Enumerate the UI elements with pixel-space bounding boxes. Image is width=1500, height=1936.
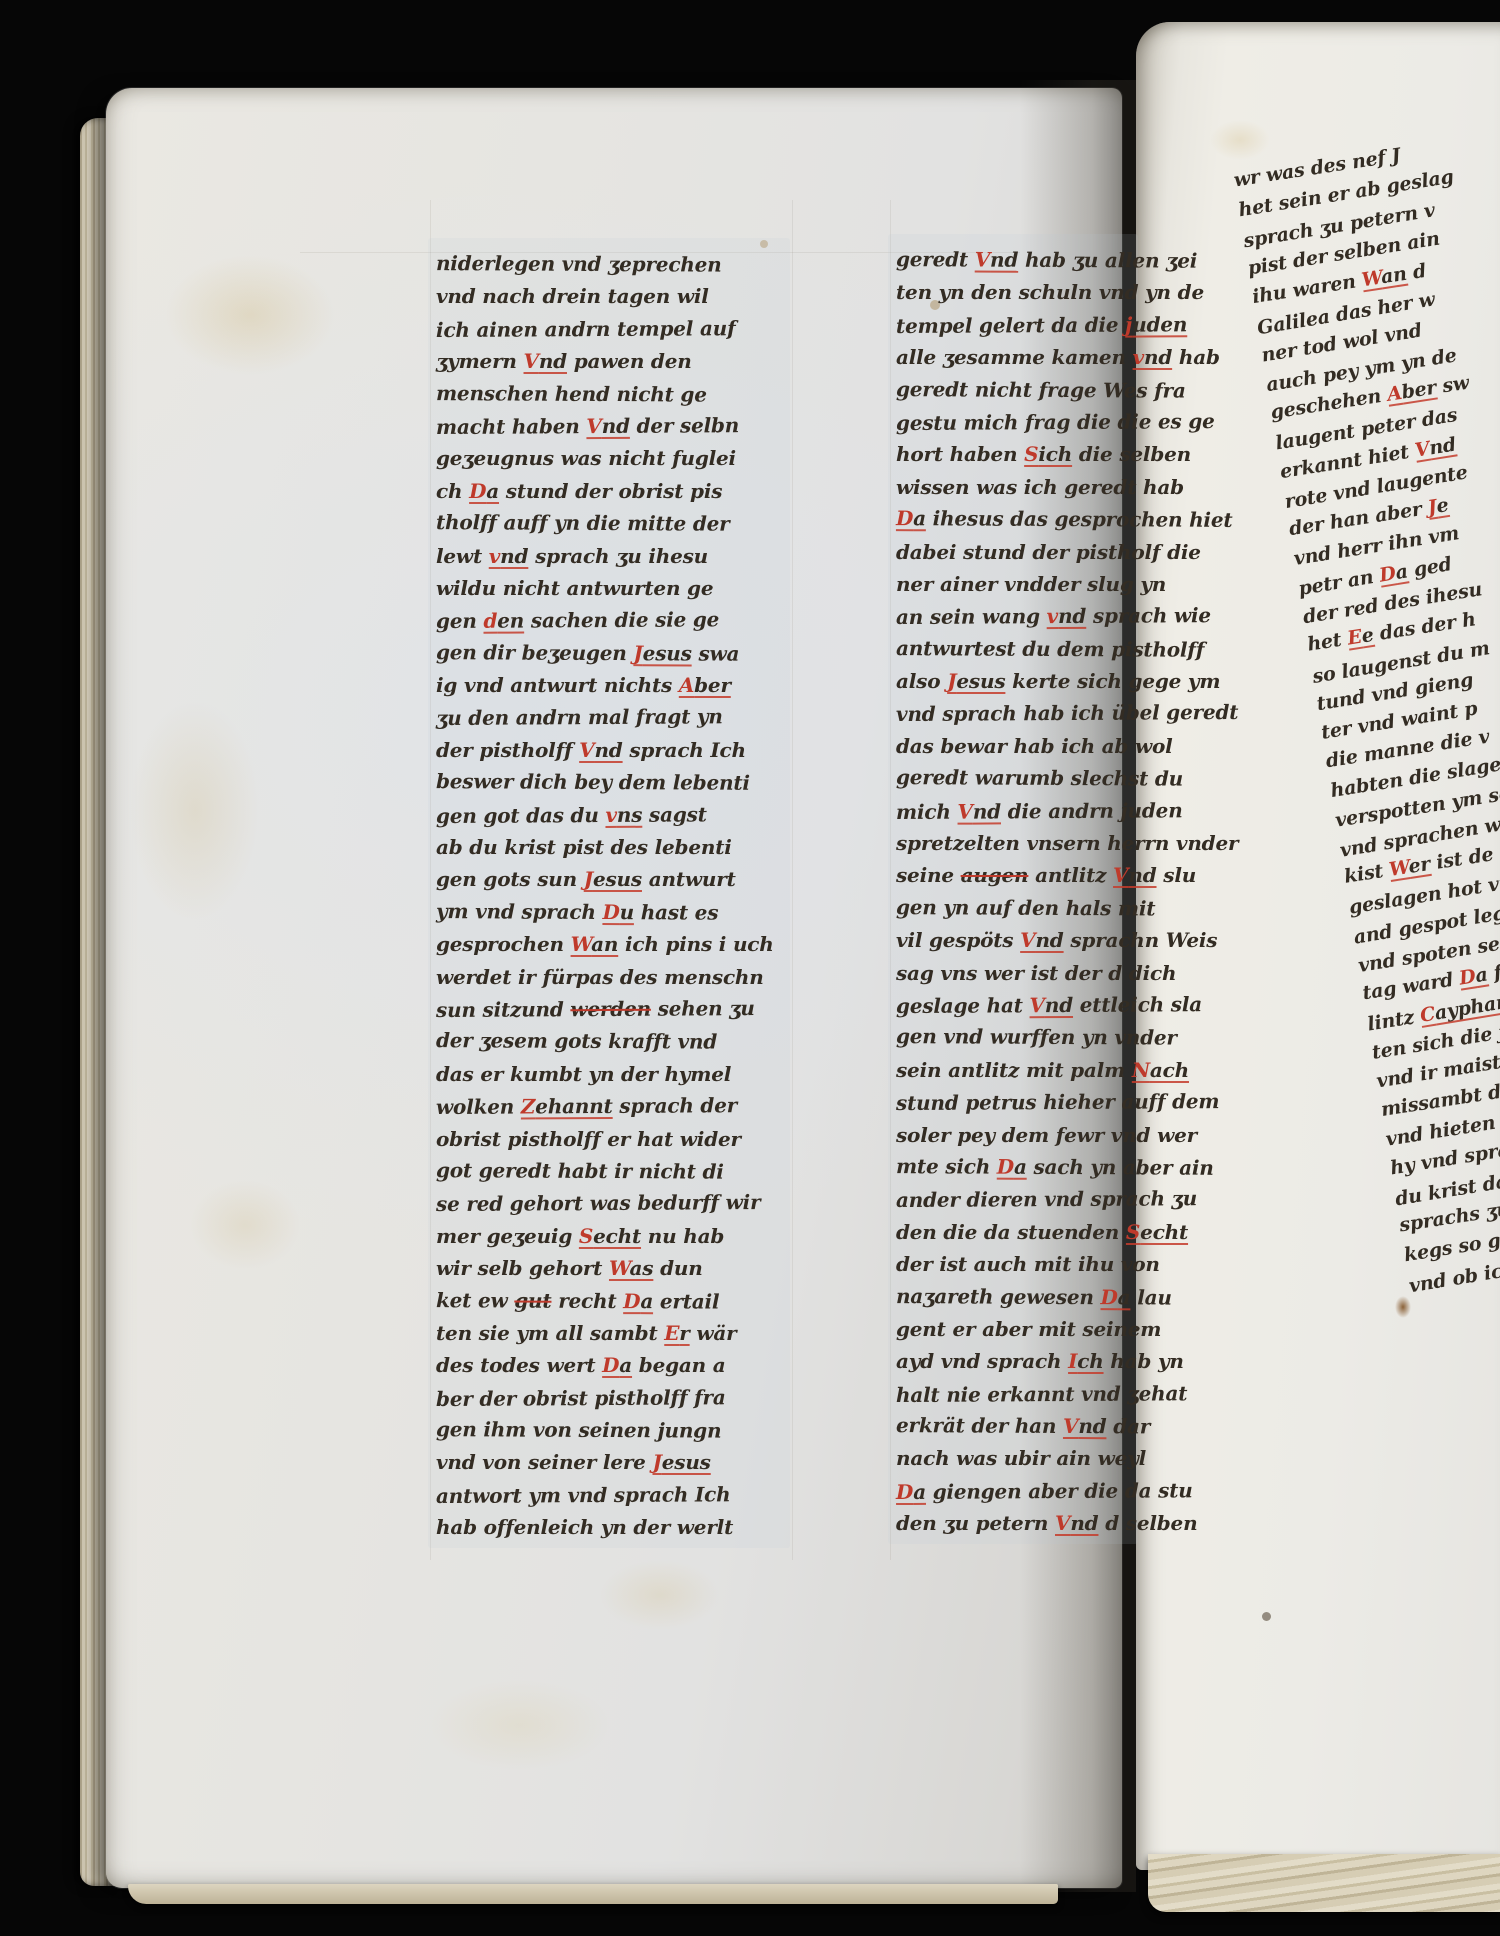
rubricated-word: Je [1426, 494, 1450, 519]
text-line: lewt vnd sprach ʒu ihesu [436, 540, 774, 572]
text-line: ten yn den schuln vnd yn de [896, 276, 1238, 308]
rubricated-word: Jesus [652, 1450, 710, 1474]
rubricated-word: Da [623, 1289, 653, 1313]
rubricated-word: Er [664, 1321, 689, 1345]
text-line: hort haben Sich die selben [896, 438, 1238, 470]
text-line: got geredt habt ir nicht di [436, 1154, 774, 1188]
rubricated-word: Vnd [1113, 863, 1156, 887]
text-line: den die da stuenden Secht [896, 1216, 1238, 1248]
rubricated-word: Was [609, 1256, 653, 1280]
rubricated-word: Da [896, 1480, 926, 1504]
text-line: ich ainen andrn tempel auf [436, 312, 774, 346]
rubricated-word: vnd [1047, 604, 1087, 628]
rubricated-word: Vnd [1029, 993, 1073, 1017]
rubricated-word: vns [605, 802, 642, 826]
text-line: stund petrus hieher auff dem [896, 1085, 1239, 1119]
text-line: geslage hat Vnd ettleich sla [896, 988, 1239, 1022]
rubricated-word: Du [602, 900, 634, 924]
text-line: wolken Zehannt sprach der [436, 1089, 774, 1123]
text-line: das er kumbt yn der hymel [436, 1058, 774, 1090]
text-line: ab du krist pist des lebenti [436, 831, 774, 863]
text-line: gesprochen Wan ich pins i uch [436, 928, 774, 960]
rubricated-word: Jesus [947, 669, 1005, 693]
rubricated-word: Vnd [1020, 928, 1063, 952]
text-line: dabei stund der pistholf die [896, 536, 1238, 568]
text-line: ander dieren vnd sprach ʒu [896, 1182, 1239, 1216]
rubricated-word: Nach [1132, 1058, 1189, 1082]
bottom-page-edges-right [1148, 1854, 1500, 1912]
text-line: obrist pistholff er hat wider [436, 1123, 774, 1155]
text-line: vnd nach drein tagen wil [436, 280, 774, 312]
bottom-page-edges-left [128, 1884, 1058, 1904]
text-line: antwurtest du dem pistholff [896, 632, 1239, 666]
text-line: ner ainer vndder slug yn [896, 568, 1238, 600]
text-line: hab offenleich yn der werlt [436, 1511, 774, 1543]
rubricated-word: Wan [571, 932, 619, 956]
text-line: Da giengen aber die da stu [896, 1474, 1239, 1508]
text-line: tempel gelert da die juden [896, 308, 1239, 342]
text-line: ig vnd antwurt nichts Aber [436, 669, 774, 701]
text-line: gent er aber mit seinem [896, 1313, 1238, 1345]
text-line: soler pey dem fewr vnd wer [896, 1119, 1238, 1151]
text-line: sun sitzund werden sehen ʒu [436, 992, 774, 1026]
rubricated-word: Sich [1024, 442, 1072, 466]
rubricated-word: Ich [1068, 1349, 1103, 1373]
rubricated-word: Da [1101, 1285, 1131, 1309]
text-line: erkrät der han Vnd dar [896, 1409, 1239, 1443]
text-line: vnd von seiner lere Jesus [436, 1446, 774, 1478]
rubricated-word: Vnd [1055, 1511, 1098, 1535]
text-line: naʒareth gewesen Da lau [896, 1280, 1239, 1314]
text-line: nach was ubir ain weyl [896, 1442, 1238, 1474]
text-line: sag vns wer ist der d dich [896, 957, 1238, 989]
rubricated-word: Vnd [1413, 433, 1457, 461]
struck-word: werden [570, 997, 651, 1021]
text-line: der ist auch mit ihu von [896, 1248, 1238, 1280]
text-line: menschen hend nicht ge [436, 377, 774, 411]
rubricated-word: Vnd [957, 799, 1001, 823]
text-line: alle ʒesamme kamen vnd hab [896, 341, 1238, 373]
text-line: ch Da stund der obrist pis [436, 475, 774, 507]
text-line: gen vnd wurffen yn vnder [896, 1020, 1239, 1054]
manuscript-column-right: geredt Vnd hab ʒu allen ʒeiten yn den sc… [896, 244, 1238, 1540]
rubricated-word: Wan [1360, 262, 1408, 291]
text-line: geredt nicht frage Wes fra [896, 373, 1239, 407]
text-line: des todes wert Da began a [436, 1349, 774, 1381]
rubricated-word: Jesus [633, 641, 691, 665]
rubricated-word: Secht [1126, 1220, 1188, 1244]
text-line: niderlegen vnd ʒeprechen [436, 247, 774, 281]
text-line: wildu nicht antwurten ge [436, 572, 774, 604]
rubricated-word: Secht [579, 1224, 641, 1248]
text-line: wir selb gehort Was dun [436, 1252, 774, 1284]
text-line: gestu mich frag die die es ge [896, 405, 1239, 439]
text-line: ʒu den andrn mal fragt yn [436, 700, 774, 734]
rubricated-word: Vnd [586, 414, 630, 438]
text-line: beswer dich bey dem lebenti [436, 765, 774, 799]
rubricated-word: Zehannt [521, 1094, 613, 1119]
rubricated-word: vnd [1133, 345, 1173, 369]
text-line: gen got das du vns sagst [436, 798, 774, 832]
rubricated-word: Vnd [524, 349, 567, 373]
rubricated-word: Da [896, 506, 926, 530]
text-line: geredt warumb slechst du [896, 761, 1239, 795]
text-line: wissen was ich geredt hab [896, 471, 1238, 503]
text-line: ym vnd sprach Du hast es [436, 895, 774, 929]
text-line: gen den sachen die sie ge [436, 603, 774, 637]
text-line: spretzelten vnsern herrn vnder [896, 827, 1238, 859]
rubricated-word: Vnd [975, 248, 1019, 272]
text-line: antwort ym vnd sprach Ich [436, 1478, 774, 1512]
text-line: tholff auff yn die mitte der [436, 506, 774, 540]
rubricated-word: Aber [1386, 377, 1438, 406]
struck-word: gut [514, 1288, 551, 1312]
text-line: seine augen antlitz Vnd slu [896, 859, 1238, 891]
text-line: Da ihesus das gesprochen hiet [896, 502, 1239, 536]
text-line: se red gehort was bedurff wir [436, 1186, 774, 1220]
text-line: gen dir beʒeugen Jesus swa [436, 636, 774, 670]
rubricated-word: Vnd [1063, 1414, 1107, 1438]
text-line: werdet ir fürpas des menschn [436, 961, 774, 993]
rubricated-word: vnd [489, 544, 529, 568]
text-line: ber der obrist pistholff fra [436, 1381, 774, 1415]
text-line: das bewar hab ich ab wol [896, 730, 1238, 762]
text-line: an sein wang vnd sprach wie [896, 599, 1239, 633]
text-line: macht haben Vnd der selbn [436, 409, 774, 443]
rubricated-word: Wer [1388, 853, 1432, 881]
rubricated-word: Ee [1346, 624, 1375, 650]
rubricated-word: Da [1378, 561, 1410, 587]
rubricated-word: juden [1125, 312, 1187, 336]
text-line: sein antlitz mit palm Nach [896, 1054, 1238, 1086]
text-line: geredt Vnd hab ʒu allen ʒei [896, 243, 1239, 277]
text-line: der ʒesem gots krafft vnd [436, 1024, 774, 1058]
manuscript-column-left: niderlegen vnd ʒeprechenvnd nach drein t… [436, 248, 774, 1544]
text-line: gen gots sun Jesus antwurt [436, 863, 774, 895]
rubricated-word: Da [997, 1155, 1027, 1179]
rubricated-word: Vnd [579, 738, 622, 762]
text-line: gen ihm von seinen jungn [436, 1413, 774, 1447]
rubricated-word: den [483, 609, 524, 633]
text-line: gen yn auf den hals mit [896, 891, 1239, 925]
rubricated-word: Da [1458, 963, 1489, 989]
struck-word: augen [961, 863, 1029, 887]
rubricated-word: Aber [679, 673, 731, 697]
text-line: halt nie erkannt vnd ʒehat [896, 1377, 1239, 1411]
text-line: ayd vnd sprach Ich hab yn [896, 1345, 1238, 1377]
text-line: mte sich Da sach yn aber ain [896, 1150, 1239, 1184]
text-line: ket ew gut recht Da ertail [436, 1284, 774, 1318]
manuscript-photo: { "colors":{ "background":"#060606", "pa… [0, 0, 1500, 1936]
text-line: vnd sprach hab ich übel geredt [896, 696, 1239, 730]
rubricated-word: Jesus [584, 867, 642, 891]
text-line: den ʒu petern Vnd d selben [896, 1507, 1238, 1539]
rubricated-word: Da [602, 1353, 632, 1377]
text-line: ten sie ym all sambt Er wär [436, 1317, 774, 1349]
text-line: also Jesus kerte sich gege ym [896, 665, 1238, 697]
text-line: ʒymern Vnd pawen den [436, 345, 774, 377]
text-line: der pistholff Vnd sprach Ich [436, 734, 774, 766]
text-line: mer geʒeuig Secht nu hab [436, 1220, 774, 1252]
text-line: geʒeugnus was nicht fuglei [436, 442, 774, 474]
text-line: mich Vnd die andrn juden [896, 794, 1239, 828]
text-line: vil gespöts Vnd sprachn Weis [896, 924, 1238, 956]
rubricated-word: Da [469, 479, 499, 503]
